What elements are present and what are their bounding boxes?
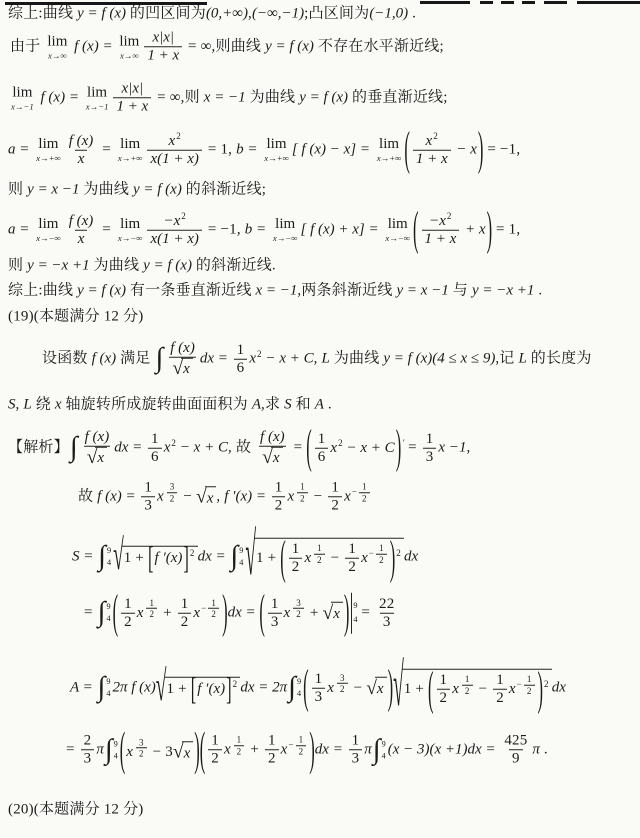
text-run: 有一条垂直渐近线 bbox=[126, 283, 256, 299]
math-text: x bbox=[193, 604, 200, 620]
text-run: = bbox=[357, 604, 374, 620]
text-run: 综上:曲线 bbox=[8, 6, 77, 22]
math-text: x bbox=[207, 490, 214, 506]
square-root: √x bbox=[173, 744, 193, 760]
oblique-asymptote-pos: a = limx→+∞f (x)x = limx→+∞x2x(1 + x) = … bbox=[8, 132, 520, 169]
text-run: 2 bbox=[299, 746, 304, 756]
superscript: 32 bbox=[335, 677, 350, 687]
superscript: 32 bbox=[291, 602, 306, 612]
math-text: L bbox=[518, 350, 526, 366]
text-run: , bbox=[466, 439, 470, 455]
math-text: x bbox=[97, 450, 104, 466]
math-text: f (x) bbox=[260, 429, 285, 445]
fraction: 12 bbox=[328, 479, 342, 515]
text-run: 2 bbox=[348, 559, 356, 575]
math-text: x bbox=[249, 350, 256, 366]
bracket-group: [f ′(x)] bbox=[148, 550, 189, 566]
text-run: 2 bbox=[544, 679, 549, 689]
math-text: y = x −1 bbox=[27, 182, 79, 198]
fraction: 16 bbox=[234, 341, 248, 377]
text-run: 9 bbox=[512, 751, 520, 767]
fraction: 12 bbox=[493, 672, 507, 708]
math-text: −x bbox=[429, 213, 446, 229]
text-run: = 1, bbox=[204, 141, 236, 157]
superscript: 2 bbox=[176, 131, 181, 141]
math-text: x bbox=[344, 488, 351, 504]
math-text: y = f (x) bbox=[265, 38, 314, 54]
scan-artifact-line bbox=[544, 1, 567, 4]
text-run: 与 bbox=[449, 283, 472, 299]
math-text: S bbox=[284, 397, 292, 413]
text-run: 1 bbox=[151, 430, 159, 446]
math-text: x = −1 bbox=[204, 89, 246, 105]
integral-operator: ∫94 bbox=[105, 738, 118, 762]
text-run: 1 bbox=[465, 674, 470, 684]
math-text: −x bbox=[163, 213, 180, 229]
square-root: √1 + (12x12 − 12x−12)2 bbox=[393, 679, 552, 695]
text-run: 【解析】 bbox=[8, 439, 69, 455]
superscript: 12 bbox=[295, 486, 310, 496]
superscript: −12 bbox=[517, 679, 537, 689]
text-run: 1 bbox=[271, 595, 279, 611]
text-run: 的凹区间为 bbox=[126, 6, 206, 22]
integral-operator: ∫94 bbox=[98, 545, 111, 569]
integral-operator: ∫94 bbox=[288, 676, 301, 700]
fraction: 12 bbox=[208, 598, 219, 620]
fraction: x21 + x bbox=[413, 132, 451, 169]
limit-operator: limx→−∞ bbox=[385, 217, 410, 243]
math-text: x bbox=[327, 679, 334, 695]
text-run: 2 bbox=[379, 554, 384, 564]
math-text: x bbox=[287, 488, 294, 504]
text-run: 不存在水平渐近线; bbox=[314, 38, 444, 54]
text-run: 3 bbox=[84, 751, 92, 767]
math-text: x bbox=[304, 550, 311, 566]
math-text: dx bbox=[404, 548, 418, 564]
text-run: 为曲线 bbox=[330, 350, 384, 366]
math-text: x bbox=[330, 439, 337, 455]
scan-artifact-line bbox=[480, 1, 493, 4]
text-run: 2 bbox=[190, 548, 195, 558]
superscript: 12 bbox=[460, 679, 475, 689]
oblique-line-pos: 则 y = x −1 为曲线 y = f (x) 的斜渐近线; bbox=[8, 181, 266, 200]
text-run: − bbox=[352, 486, 357, 496]
text-run: 轴旋转所成旋转曲面面积为 bbox=[62, 397, 252, 413]
math-text: A bbox=[252, 397, 261, 413]
math-text: x bbox=[333, 606, 340, 622]
text-run: 1 bbox=[268, 732, 276, 748]
superscript: 2 bbox=[396, 548, 401, 558]
fraction: 12 bbox=[265, 732, 279, 768]
math-text: x bbox=[281, 741, 288, 757]
superscript: 2 bbox=[447, 211, 452, 221]
text-run: 2 bbox=[84, 732, 92, 748]
superscript: −12 bbox=[352, 486, 372, 496]
text-run: 1 bbox=[211, 598, 216, 608]
math-text: x bbox=[273, 450, 280, 466]
scan-artifact-line bbox=[420, 1, 470, 4]
text-run: 为曲线 bbox=[246, 89, 300, 105]
text-run: = bbox=[98, 141, 115, 157]
math-text: dx = bbox=[198, 548, 230, 564]
limit-operator: limx→+∞ bbox=[377, 137, 402, 163]
text-run: ,记 bbox=[495, 350, 518, 366]
math-text: f (x) = bbox=[70, 38, 116, 54]
math-text: − x + C bbox=[262, 350, 314, 366]
math-text: 1 + x bbox=[116, 99, 148, 115]
math-text: [ f (x) − x] = bbox=[292, 141, 374, 157]
text-run: 为曲线 bbox=[79, 182, 133, 198]
math-text: x bbox=[377, 681, 384, 697]
math-text: f ′(x) bbox=[197, 681, 225, 697]
text-run: = ∞,则 bbox=[153, 89, 204, 105]
text-run: = bbox=[404, 439, 421, 455]
fraction: −x2x(1 + x) bbox=[147, 212, 201, 249]
text-run: 2 bbox=[440, 690, 448, 706]
text-run: 的斜渐近线; bbox=[182, 182, 266, 198]
fraction: 32 bbox=[167, 482, 178, 504]
text-run: 的斜渐近线. bbox=[192, 258, 276, 274]
math-text: f ′(x) bbox=[155, 550, 183, 566]
text-run: 则 bbox=[8, 182, 27, 198]
fraction: x2x(1 + x) bbox=[147, 132, 201, 169]
math-text: L bbox=[23, 397, 31, 413]
text-run: 1 bbox=[362, 482, 367, 492]
math-text: y = f (x) bbox=[143, 258, 192, 274]
text-run: 1 + bbox=[167, 681, 191, 697]
integral-operator: ∫94 bbox=[98, 601, 111, 625]
math-text: x bbox=[184, 745, 191, 761]
text-run: 综上:曲线 bbox=[8, 283, 77, 299]
superscript: 2 bbox=[233, 679, 238, 689]
math-text: (−1,0) bbox=[369, 6, 408, 22]
math-text: − x + C bbox=[176, 439, 228, 455]
text-run: 6 bbox=[237, 360, 245, 376]
surface-area-2: = 23π∫94(x32 − 3√x)(12x12 + 12x−12)dx = … bbox=[66, 732, 548, 768]
math-text: x bbox=[78, 231, 85, 247]
superscript: 12 bbox=[312, 548, 327, 558]
fraction: 13 bbox=[423, 430, 437, 466]
text-run: 2 bbox=[465, 685, 470, 695]
text-run: − bbox=[369, 548, 374, 558]
integral-operator: ∫ bbox=[155, 347, 163, 371]
math-text: A = bbox=[70, 679, 97, 695]
math-text: y = f (x) bbox=[133, 182, 182, 198]
text-run: 1 bbox=[352, 732, 360, 748]
summary-concavity: 综上:曲线 y = f (x) 的凹区间为(0,+∞),(−∞,−1);凸区间为… bbox=[8, 5, 416, 24]
math-text: π bbox=[532, 741, 540, 757]
fraction: f (x)√x bbox=[167, 340, 198, 379]
text-run: = ∞,则曲线 bbox=[184, 38, 265, 54]
math-text: y = −x +1 bbox=[472, 283, 534, 299]
text-run: 1 bbox=[348, 541, 356, 557]
text-run: 的长度为 bbox=[527, 350, 592, 366]
bracket-group: (x21 + x − x) bbox=[404, 141, 483, 157]
math-text: x = −1 bbox=[256, 283, 298, 299]
math-text: − x bbox=[453, 141, 477, 157]
text-run: + bbox=[246, 741, 263, 757]
limit-operator: limx→+∞ bbox=[118, 137, 143, 163]
math-text: x bbox=[426, 133, 433, 149]
math-text: x bbox=[284, 604, 291, 620]
fraction: 32 bbox=[136, 737, 147, 759]
text-run: (20)(本题满分 12 分) bbox=[8, 802, 143, 818]
math-text: dx = bbox=[200, 350, 232, 366]
math-text: dx bbox=[552, 679, 566, 695]
math-text: 2π f (x) bbox=[112, 679, 155, 695]
superscript: 32 bbox=[165, 486, 180, 496]
math-text: x bbox=[164, 439, 171, 455]
square-root: √1 + (12x12 − 12x−12)2 bbox=[245, 548, 404, 564]
math-text: x bbox=[183, 361, 190, 377]
fraction: 13 bbox=[349, 732, 363, 768]
text-run: − bbox=[310, 488, 327, 504]
superscript: 2 bbox=[190, 548, 195, 558]
text-run: ,两条斜渐近线 bbox=[297, 283, 396, 299]
surface-area-1: A = ∫942π f (x)√1 + [f ′(x)]2dx = 2π∫94(… bbox=[70, 669, 566, 708]
fraction: −x21 + x bbox=[422, 212, 460, 249]
math-text: [ f (x) + x] = bbox=[300, 221, 382, 237]
bracket-group: (12x12 + 12x−12) bbox=[200, 741, 315, 757]
text-run: 2 bbox=[237, 746, 242, 756]
fraction: 12 bbox=[289, 541, 303, 577]
math-text: a = bbox=[8, 141, 33, 157]
text-run: 1 bbox=[149, 598, 154, 608]
math-text: a = bbox=[8, 221, 33, 237]
math-text: x bbox=[224, 741, 231, 757]
math-text: x bbox=[137, 604, 144, 620]
text-run: 2 bbox=[362, 493, 367, 503]
math-text: (0,+∞) bbox=[206, 6, 248, 22]
fraction: 12 bbox=[376, 543, 387, 565]
fraction: 12 bbox=[272, 479, 286, 515]
math-text: 1 + x bbox=[416, 151, 448, 167]
fraction: 32 bbox=[337, 673, 348, 695]
text-run: + bbox=[159, 604, 176, 620]
text-run: 2 bbox=[300, 493, 305, 503]
fraction: 12 bbox=[296, 735, 307, 757]
math-text: (x − 3)(x +1)dx = bbox=[388, 741, 500, 757]
text-run: 2 bbox=[292, 559, 300, 575]
math-text: L bbox=[322, 350, 330, 366]
text-run: ;凸区间为 bbox=[304, 6, 369, 22]
math-text: x bbox=[169, 133, 176, 149]
text-run: − bbox=[350, 679, 367, 695]
math-text: x|x| bbox=[122, 80, 144, 96]
text-run: 2 bbox=[139, 748, 144, 758]
superscript: 2 bbox=[544, 679, 549, 689]
text-run: 2 bbox=[396, 548, 401, 558]
fraction: 12 bbox=[121, 595, 135, 631]
text-run: 2 bbox=[527, 685, 532, 695]
math-text: dx = bbox=[228, 604, 260, 620]
fraction: x|x|1 + x bbox=[144, 29, 182, 65]
text-run: . bbox=[324, 397, 332, 413]
square-root: √x bbox=[87, 449, 107, 465]
fraction: f (x)√x bbox=[257, 429, 288, 468]
text-run: 2 bbox=[170, 493, 175, 503]
text-run: = bbox=[98, 221, 115, 237]
math-text: y = f (x) bbox=[77, 6, 126, 22]
text-run: 2 bbox=[296, 609, 301, 619]
fraction: 13 bbox=[141, 479, 155, 515]
fraction: f (x)x bbox=[66, 212, 97, 248]
text-run: 2 bbox=[181, 211, 186, 221]
square-root: √x bbox=[366, 679, 386, 695]
problem-19-statement-1: 设函数 f (x) 满足 ∫f (x)√xdx = 16x2 − x + C, … bbox=[42, 340, 592, 379]
arc-length-1: S = ∫94√1 + [f ′(x)]2dx = ∫94√1 + (12x12… bbox=[72, 538, 418, 577]
math-text: x(1 + x) bbox=[150, 231, 198, 247]
oblique-asymptote-neg: a = limx→−∞f (x)x = limx→−∞−x2x(1 + x) =… bbox=[8, 212, 520, 249]
superscript: 2 bbox=[181, 211, 186, 221]
text-run: 3 bbox=[383, 614, 391, 630]
math-text: y = −x +1 bbox=[27, 258, 89, 274]
text-run: 1 bbox=[144, 479, 152, 495]
text-run: 3 bbox=[340, 673, 345, 683]
fraction: 223 bbox=[376, 595, 397, 631]
fraction: f (x)x bbox=[66, 132, 97, 168]
fraction: 12 bbox=[359, 482, 370, 504]
scanned-math-document-page: 综上:曲线 y = f (x) 的凹区间为(0,+∞),(−∞,−1);凸区间为… bbox=[0, 0, 640, 838]
text-run: 2 bbox=[233, 679, 238, 689]
text-run: 3 bbox=[144, 498, 152, 514]
text-run: 3 bbox=[139, 737, 144, 747]
fraction: 12 bbox=[524, 674, 535, 696]
text-run: 1 bbox=[527, 674, 532, 684]
fraction: 12 bbox=[178, 595, 192, 631]
bracket-group: (13x32 − √x) bbox=[303, 679, 393, 695]
text-run: = bbox=[290, 439, 307, 455]
limit-operator: limx→−1 bbox=[86, 85, 109, 111]
math-text: x|x| bbox=[152, 29, 174, 45]
text-run: 2 bbox=[275, 498, 283, 514]
problem-19-header: (19)(本题满分 12 分) bbox=[8, 308, 143, 327]
math-text: f (x) bbox=[170, 340, 195, 356]
fraction: 13 bbox=[268, 595, 282, 631]
text-run: 1 bbox=[300, 482, 305, 492]
integral-operator: ∫94 bbox=[98, 676, 111, 700]
text-run: 1 bbox=[211, 732, 219, 748]
text-run: 则 bbox=[8, 258, 27, 274]
math-text: x bbox=[126, 744, 133, 760]
text-run: 1 bbox=[426, 430, 434, 446]
limit-operator: limx→−1 bbox=[11, 85, 34, 111]
text-run: 3 bbox=[426, 449, 434, 465]
math-text: dx = bbox=[315, 741, 347, 757]
limit-operator: limx→−∞ bbox=[118, 217, 143, 243]
text-run: 1 bbox=[292, 541, 300, 557]
fraction: 12 bbox=[437, 672, 451, 708]
fraction: 12 bbox=[345, 541, 359, 577]
text-run: (19)(本题满分 12 分) bbox=[8, 309, 143, 325]
text-run: = −1, bbox=[204, 221, 245, 237]
fraction: 13 bbox=[312, 670, 326, 706]
text-run: − bbox=[475, 681, 492, 697]
text-run: 2 bbox=[124, 614, 132, 630]
text-run: 3 bbox=[170, 482, 175, 492]
text-run: = 1, bbox=[492, 221, 520, 237]
superscript: −12 bbox=[288, 739, 308, 749]
math-text: dx = bbox=[114, 439, 146, 455]
text-run: − bbox=[327, 550, 344, 566]
math-text: − x + C bbox=[343, 439, 395, 455]
math-text: (−∞,−1) bbox=[252, 6, 304, 22]
text-run: − bbox=[201, 602, 206, 612]
math-text: x bbox=[509, 681, 516, 697]
summary-asymptotes: 综上:曲线 y = f (x) 有一条垂直渐近线 x = −1,两条斜渐近线 y… bbox=[8, 282, 542, 301]
text-run: 3 bbox=[352, 751, 360, 767]
text-run: ,求 bbox=[261, 397, 284, 413]
text-run: − bbox=[179, 488, 196, 504]
fraction: 32 bbox=[293, 598, 304, 620]
text-run: 2 bbox=[176, 131, 181, 141]
superscript: 2 bbox=[433, 131, 438, 141]
superscript: 12 bbox=[232, 739, 247, 749]
limit-operator: limx→−∞ bbox=[273, 217, 298, 243]
text-run: , 故 bbox=[228, 439, 255, 455]
text-run: . bbox=[408, 6, 416, 22]
text-run: − bbox=[517, 679, 522, 689]
fraction: f (x)√x bbox=[82, 429, 113, 468]
square-root: √x bbox=[196, 488, 216, 504]
fraction: 12 bbox=[208, 732, 222, 768]
problem-20-header: (20)(本题满分 12 分) bbox=[8, 801, 143, 820]
bracket-group: (12x12 + 12x−12) bbox=[113, 604, 228, 620]
text-run: − 3 bbox=[149, 744, 173, 760]
math-text: x bbox=[157, 488, 164, 504]
bracket-group: (16x2 − x + C) bbox=[306, 439, 401, 455]
math-text: S bbox=[8, 397, 16, 413]
scan-artifact-line bbox=[501, 1, 514, 4]
math-text: y = f (x) bbox=[77, 283, 126, 299]
math-text: x bbox=[452, 681, 459, 697]
bracket-group: [f ′(x)] bbox=[191, 681, 232, 697]
text-run: 2 bbox=[268, 751, 276, 767]
fraction: 23 bbox=[81, 732, 95, 768]
square-root: √x bbox=[322, 604, 342, 620]
text-run: = bbox=[66, 741, 79, 757]
text-run: 为曲线 bbox=[90, 258, 144, 274]
limit-operator: limx→∞ bbox=[47, 34, 67, 60]
solution-derivative: 【解析】∫f (x)√xdx = 16x2 − x + C, 故 f (x)√x… bbox=[8, 429, 470, 468]
text-run: 满足 bbox=[116, 350, 154, 366]
text-run: . bbox=[540, 741, 548, 757]
text-run: = −1, bbox=[483, 141, 520, 157]
vertical-asymptote: limx→−1 f (x) = limx→−1x|x|1 + x = ∞,则 x… bbox=[8, 80, 448, 116]
text-run: 1 bbox=[496, 672, 504, 688]
fraction: x|x|1 + x bbox=[113, 80, 151, 116]
text-run: 1 bbox=[124, 595, 132, 611]
oblique-line-neg: 则 y = −x +1 为曲线 y = f (x) 的斜渐近线. bbox=[8, 257, 276, 276]
square-root: √1 + [f ′(x)]2 bbox=[156, 679, 241, 695]
integral-operator: ∫94 bbox=[230, 545, 243, 569]
math-text: f ′(x) = bbox=[224, 488, 269, 504]
limit-operator: limx→+∞ bbox=[36, 137, 61, 163]
fraction: 12 bbox=[234, 735, 245, 757]
text-run: 1 bbox=[440, 672, 448, 688]
math-text: b = bbox=[236, 141, 261, 157]
text-run: 故 bbox=[78, 488, 97, 504]
math-text: S = bbox=[72, 548, 97, 564]
math-text: 1 + x bbox=[147, 48, 179, 64]
text-run: 2 bbox=[496, 690, 504, 706]
math-text: dx = 2π bbox=[240, 679, 287, 695]
text-run: 3 bbox=[296, 598, 301, 608]
superscript: −12 bbox=[201, 602, 221, 612]
text-run: 3 bbox=[315, 689, 323, 705]
math-text: π bbox=[364, 741, 372, 757]
math-text: f (x) bbox=[69, 132, 94, 148]
